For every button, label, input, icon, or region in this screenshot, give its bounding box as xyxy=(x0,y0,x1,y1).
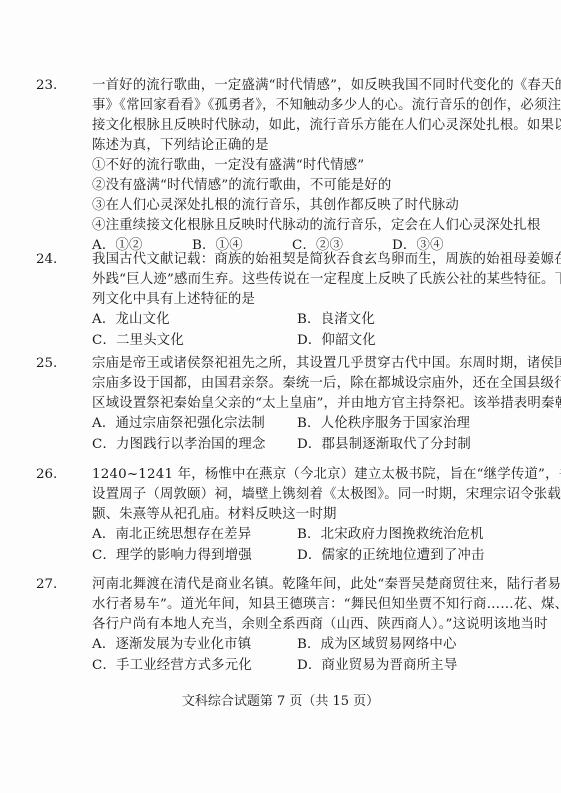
option-b: B．成为区域贸易网络中心 xyxy=(297,635,502,656)
question-number: 27. xyxy=(36,575,88,595)
question-stem-line: 陈述为真，下列结论正确的是 xyxy=(92,136,526,156)
options-row: C．手工业经营方式多元化 D．商业贸易为晋商所主导 xyxy=(92,656,526,677)
question-stem-line: 一首好的流行歌曲，一定盛满“时代情感”，如反映我国不同时代变化的《春天的故 xyxy=(92,76,526,96)
question-stem-line: 设置周子（周敦颐）祠，墙壁上镌刻着《太极图》。同一时期，宋理宗诏令张载、程 xyxy=(92,485,526,505)
statement-1: ①不好的流行歌曲，一定没有盛满“时代情感” xyxy=(92,156,526,176)
exam-page: 23. 一首好的流行歌曲，一定盛满“时代情感”，如反映我国不同时代变化的《春天的… xyxy=(0,0,561,793)
option-d: D．儒家的正统地位遭到了冲击 xyxy=(297,546,502,567)
question-stem-line: 宗庙多设于国都，由国君亲祭。秦统一后，除在都城设宗庙外，还在全国县级行政 xyxy=(92,374,526,394)
option-c: C．手工业经营方式多元化 xyxy=(92,656,297,677)
question-23: 23. 一首好的流行歌曲，一定盛满“时代情感”，如反映我国不同时代变化的《春天的… xyxy=(36,76,526,256)
question-stem-line: 颢、朱熹等从祀孔庙。材料反映这一时期 xyxy=(92,505,526,525)
question-stem-line: 区域设置祭祀秦始皇父亲的“太上皇庙”，并由地方官主持祭祀。该举措表明秦朝 xyxy=(92,394,526,414)
option-d: D．仰韶文化 xyxy=(297,331,502,352)
question-number: 24. xyxy=(36,250,88,270)
option-c: C．二里头文化 xyxy=(92,331,297,352)
question-stem-line: 我国古代文献记载：商族的始祖契是简狄吞食玄鸟卵而生，周族的始祖母姜嫄在野 xyxy=(92,250,526,270)
question-stem-line: 1240~1241 年，杨惟中在燕京（今北京）建立太极书院，旨在“继学传道”，书… xyxy=(92,465,526,485)
option-a: A．南北正统思想存在差异 xyxy=(92,525,297,546)
options-row: A．逐渐发展为专业化市镇 B．成为区域贸易网络中心 xyxy=(92,635,526,656)
question-stem-line: 河南北舞渡在清代是商业名镇。乾隆年间，此处“秦晋吴楚商贸往来，陆行者易舟， xyxy=(92,575,526,595)
page-footer: 文科综合试题第 7 页（共 15 页） xyxy=(0,693,561,711)
question-number: 26. xyxy=(36,465,88,485)
question-stem-line: 事》《常回家看看》《孤勇者》，不知触动多少人的心。流行音乐的创作，必须注重续 xyxy=(92,96,526,116)
options-row: C．二里头文化 D．仰韶文化 xyxy=(92,331,526,352)
question-number: 23. xyxy=(36,76,88,96)
option-b: B．良渚文化 xyxy=(297,310,502,331)
option-a: A．通过宗庙祭祀强化宗法制 xyxy=(92,414,297,435)
option-b: B．北宋政府力图挽救统治危机 xyxy=(297,525,502,546)
options-row: A．通过宗庙祭祀强化宗法制 B．人伦秩序服务于国家治理 xyxy=(92,414,526,435)
option-c: C．力图践行以孝治国的理念 xyxy=(92,435,297,456)
question-27: 27. 河南北舞渡在清代是商业名镇。乾隆年间，此处“秦晋吴楚商贸往来，陆行者易舟… xyxy=(36,575,526,677)
question-number: 25. xyxy=(36,354,88,374)
statement-2: ②没有盛满“时代情感”的流行歌曲，不可能是好的 xyxy=(92,176,526,196)
option-a: A．龙山文化 xyxy=(92,310,297,331)
option-c: C．理学的影响力得到增强 xyxy=(92,546,297,567)
question-26: 26. 1240~1241 年，杨惟中在燕京（今北京）建立太极书院，旨在“继学传… xyxy=(36,465,526,567)
question-stem-line: 列文化中具有上述特征的是 xyxy=(92,290,526,310)
question-24: 24. 我国古代文献记载：商族的始祖契是简狄吞食玄鸟卵而生，周族的始祖母姜嫄在野… xyxy=(36,250,526,352)
option-a: A．逐渐发展为专业化市镇 xyxy=(92,635,297,656)
options-row: A．龙山文化 B．良渚文化 xyxy=(92,310,526,331)
question-stem-line: 接文化根脉且反映时代脉动，如此，流行音乐方能在人们心灵深处扎根。如果以上 xyxy=(92,116,526,136)
question-stem-line: 外践“巨人迹”感而生弃。这些传说在一定程度上反映了氏族公社的某些特征。下 xyxy=(92,270,526,290)
option-d: D．商业贸易为晋商所主导 xyxy=(297,656,502,677)
options-row: C．力图践行以孝治国的理念 D．郡县制逐渐取代了分封制 xyxy=(92,435,526,456)
question-stem-line: 宗庙是帝王或诸侯祭祀祖先之所，其设置几乎贯穿古代中国。东周时期，诸侯国的 xyxy=(92,354,526,374)
option-b: B．人伦秩序服务于国家治理 xyxy=(297,414,502,435)
question-25: 25. 宗庙是帝王或诸侯祭祀祖先之所，其设置几乎贯穿古代中国。东周时期，诸侯国的… xyxy=(36,354,526,456)
options-row: A．南北正统思想存在差异 B．北宋政府力图挽救统治危机 xyxy=(92,525,526,546)
options-row: C．理学的影响力得到增强 D．儒家的正统地位遭到了冲击 xyxy=(92,546,526,567)
question-stem-line: 各行户尚有本地人充当，余则全系西商（山西、陕西商人）。”这说明该地当时 xyxy=(92,615,526,635)
option-d: D．郡县制逐渐取代了分封制 xyxy=(297,435,502,456)
statement-4: ④注重续接文化根脉且反映时代脉动的流行音乐，定会在人们心灵深处扎根 xyxy=(92,216,526,236)
question-stem-line: 水行者易车”。道光年间，知县王德瑛言：“舞民但知坐贾不知行商……花、煤、粮 xyxy=(92,595,526,615)
statement-3: ③在人们心灵深处扎根的流行音乐，其创作都反映了时代脉动 xyxy=(92,196,526,216)
